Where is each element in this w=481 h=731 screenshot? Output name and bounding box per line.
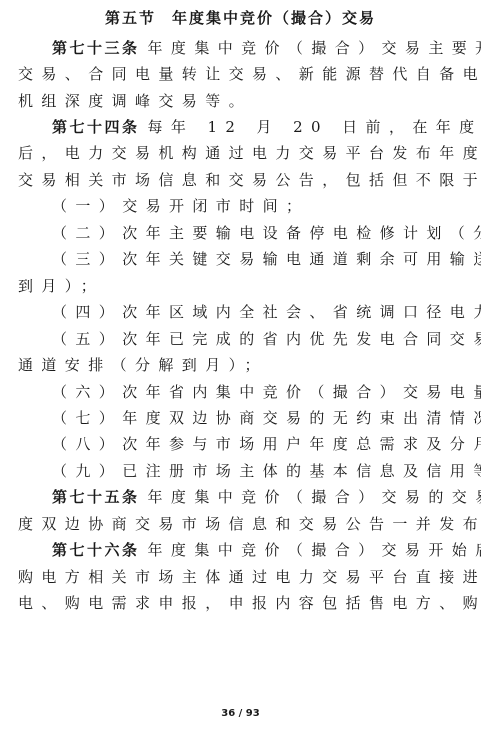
paragraph-line: （七）年度双边协商交易的无约束出清情况； bbox=[52, 408, 481, 428]
paragraph-line: 通道安排（分解到月）； bbox=[18, 355, 268, 375]
section-heading: 年度集中竞价（撮合）交易 bbox=[172, 9, 376, 27]
paragraph-line: 购电方相关市场主体通过电力交易平台直接进行分解至月度的售 bbox=[18, 567, 481, 587]
paragraph-line: （五）次年已完成的省内优先发电合同交易电量计划及输电 bbox=[52, 329, 481, 349]
article-number: 第七十五条 bbox=[52, 488, 140, 506]
paragraph-line: 交易相关市场信息和交易公告，包括但不限于： bbox=[18, 170, 481, 190]
line-text: 通道安排（分解到月）； bbox=[18, 356, 268, 374]
paragraph-line: 交易、合同电量转让交易、新能源替代自备电厂调峰交易、火电 bbox=[18, 64, 481, 84]
paragraph-line: （三）次年关键交易输电通道剩余可用输送能力情况（分解 bbox=[52, 249, 481, 269]
line-text: 年度集中竞价（撮合）交易主要开展省内直接 bbox=[148, 39, 481, 57]
section-number: 第五节 bbox=[105, 9, 156, 27]
line-text: 后，电力交易机构通过电力交易平台发布年度集中竞价（撮合） bbox=[18, 144, 481, 162]
paragraph-line: （九）已注册市场主体的基本信息及信用等级评价信息。 bbox=[52, 461, 481, 481]
line-text: （七）年度双边协商交易的无约束出清情况； bbox=[52, 409, 481, 427]
document-page: 第五节年度集中竞价（撮合）交易 第七十三条年度集中竞价（撮合）交易主要开展省内直… bbox=[0, 0, 481, 731]
line-text: 电、购电需求申报，申报内容包括售电方、购电方的电量和电 bbox=[18, 594, 481, 612]
paragraph-line: 电、购电需求申报，申报内容包括售电方、购电方的电量和电 bbox=[18, 593, 481, 613]
paragraph-line: 到月）； bbox=[18, 276, 104, 296]
line-text: （一）交易开闭市时间； bbox=[52, 197, 309, 215]
paragraph-line: （八）次年参与市场用户年度总需求及分月需求预测。 bbox=[52, 434, 481, 454]
paragraph-line: （二）次年主要输电设备停电检修计划（分解到月）； bbox=[52, 223, 481, 243]
line-text: （九）已注册市场主体的基本信息及信用等级评价信息。 bbox=[52, 462, 481, 480]
article-line: 第七十四条每年 12 月 20 日前，在年度双边协商交易闭市 bbox=[52, 117, 481, 137]
line-text: （五）次年已完成的省内优先发电合同交易电量计划及输电 bbox=[52, 330, 481, 348]
article-number: 第七十六条 bbox=[52, 541, 140, 559]
article-number: 第七十四条 bbox=[52, 118, 140, 136]
article-number: 第七十三条 bbox=[52, 39, 140, 57]
line-text: 机组深度调峰交易等。 bbox=[18, 92, 252, 110]
line-text: 购电方相关市场主体通过电力交易平台直接进行分解至月度的售 bbox=[18, 568, 481, 586]
line-text: 到月）； bbox=[18, 277, 104, 295]
line-text: 度双边协商交易市场信息和交易公告一并发布，也可另行发布。 bbox=[18, 515, 481, 533]
line-text: （三）次年关键交易输电通道剩余可用输送能力情况（分解 bbox=[52, 250, 481, 268]
article-line: 第七十六条年度集中竞价（撮合）交易开始后，售电方、 bbox=[52, 540, 481, 560]
page-number: 36 / 93 bbox=[0, 708, 481, 719]
paragraph-line: （六）次年省内集中竞价（撮合）交易电量需求预测； bbox=[52, 382, 481, 402]
paragraph-line: 后，电力交易机构通过电力交易平台发布年度集中竞价（撮合） bbox=[18, 143, 481, 163]
line-text: （六）次年省内集中竞价（撮合）交易电量需求预测； bbox=[52, 383, 481, 401]
paragraph-line: （一）交易开闭市时间； bbox=[52, 196, 309, 216]
paragraph-line: 度双边协商交易市场信息和交易公告一并发布，也可另行发布。 bbox=[18, 514, 481, 534]
paragraph-line: 机组深度调峰交易等。 bbox=[18, 91, 252, 111]
article-line: 第七十五条年度集中竞价（撮合）交易的交易公告可与年 bbox=[52, 487, 481, 507]
line-text: （四）次年区域内全社会、省统调口径电力电量供需预测。 bbox=[52, 303, 481, 321]
paragraph-line: （四）次年区域内全社会、省统调口径电力电量供需预测。 bbox=[52, 302, 481, 322]
line-text: 交易相关市场信息和交易公告，包括但不限于： bbox=[18, 171, 481, 189]
section-title: 第五节年度集中竞价（撮合）交易 bbox=[0, 7, 481, 29]
article-line: 第七十三条年度集中竞价（撮合）交易主要开展省内直接 bbox=[52, 38, 481, 58]
line-text: 每年 12 月 20 日前，在年度双边协商交易闭市 bbox=[148, 118, 481, 136]
line-text: （八）次年参与市场用户年度总需求及分月需求预测。 bbox=[52, 435, 481, 453]
line-text: （二）次年主要输电设备停电检修计划（分解到月）； bbox=[52, 224, 481, 242]
line-text: 交易、合同电量转让交易、新能源替代自备电厂调峰交易、火电 bbox=[18, 65, 481, 83]
line-text: 年度集中竞价（撮合）交易的交易公告可与年 bbox=[148, 488, 481, 506]
line-text: 年度集中竞价（撮合）交易开始后，售电方、 bbox=[148, 541, 481, 559]
